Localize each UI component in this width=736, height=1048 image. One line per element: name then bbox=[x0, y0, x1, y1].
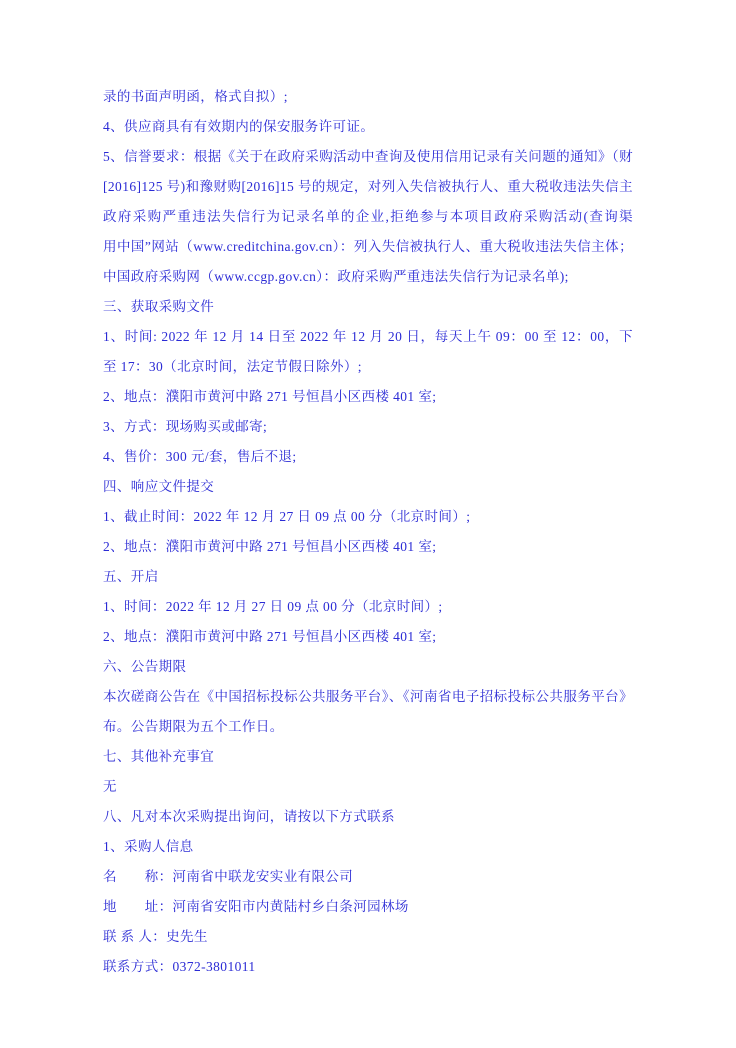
document-line: 4、供应商具有有效期内的保安服务许可证。 bbox=[103, 112, 633, 142]
document-line: 2、地点：濮阳市黄河中路 271 号恒昌小区西楼 401 室; bbox=[103, 622, 633, 652]
document-line: 联系方式：0372-3801011 bbox=[103, 952, 633, 982]
document-line: 本次磋商公告在《中国招标投标公共服务平台》、《河南省电子招标投标公共服务平台》上… bbox=[103, 682, 633, 712]
document-line: 3、方式：现场购买或邮寄; bbox=[103, 412, 633, 442]
document-line: 八、凡对本次采购提出询问，请按以下方式联系 bbox=[103, 802, 633, 832]
document-line: 用中国”网站（www.creditchina.gov.cn）：列入失信被执行人、… bbox=[103, 232, 633, 262]
document-line: 联 系 人：史先生 bbox=[103, 922, 633, 952]
document-line: 2、地点：濮阳市黄河中路 271 号恒昌小区西楼 401 室; bbox=[103, 382, 633, 412]
document-line: 七、其他补充事宜 bbox=[103, 742, 633, 772]
document-line: 政府采购严重违法失信行为记录名单的企业,拒绝参与本项目政府采购活动(查询渠道：“… bbox=[103, 202, 633, 232]
document-line: 至 17：30（北京时间，法定节假日除外）; bbox=[103, 352, 633, 382]
document-line: 名 称：河南省中联龙安实业有限公司 bbox=[103, 862, 633, 892]
document-page: 录的书面声明函，格式自拟）;4、供应商具有有效期内的保安服务许可证。5、信誉要求… bbox=[0, 0, 736, 1048]
document-line: 无 bbox=[103, 772, 633, 802]
document-line: 地 址：河南省安阳市内黄陆村乡白条河园林场 bbox=[103, 892, 633, 922]
document-line: 五、开启 bbox=[103, 562, 633, 592]
document-line: 1、时间: 2022 年 12 月 14 日至 2022 年 12 月 20 日… bbox=[103, 322, 633, 352]
document-line: [2016]125 号)和豫财购[2016]15 号的规定，对列入失信被执行人、… bbox=[103, 172, 633, 202]
document-content: 录的书面声明函，格式自拟）;4、供应商具有有效期内的保安服务许可证。5、信誉要求… bbox=[103, 82, 633, 982]
document-line: 录的书面声明函，格式自拟）; bbox=[103, 82, 633, 112]
document-line: 中国政府采购网（www.ccgp.gov.cn）：政府采购严重违法失信行为记录名… bbox=[103, 262, 633, 292]
document-line: 1、时间：2022 年 12 月 27 日 09 点 00 分（北京时间）; bbox=[103, 592, 633, 622]
document-line: 2、地点：濮阳市黄河中路 271 号恒昌小区西楼 401 室; bbox=[103, 532, 633, 562]
document-line: 1、截止时间：2022 年 12 月 27 日 09 点 00 分（北京时间）; bbox=[103, 502, 633, 532]
document-line: 四、响应文件提交 bbox=[103, 472, 633, 502]
document-line: 布。公告期限为五个工作日。 bbox=[103, 712, 633, 742]
document-line: 5、信誉要求：根据《关于在政府采购活动中查询及使用信用记录有关问题的通知》（财库 bbox=[103, 142, 633, 172]
document-line: 4、售价：300 元/套，售后不退; bbox=[103, 442, 633, 472]
document-line: 三、获取采购文件 bbox=[103, 292, 633, 322]
document-line: 六、公告期限 bbox=[103, 652, 633, 682]
document-line: 1、采购人信息 bbox=[103, 832, 633, 862]
